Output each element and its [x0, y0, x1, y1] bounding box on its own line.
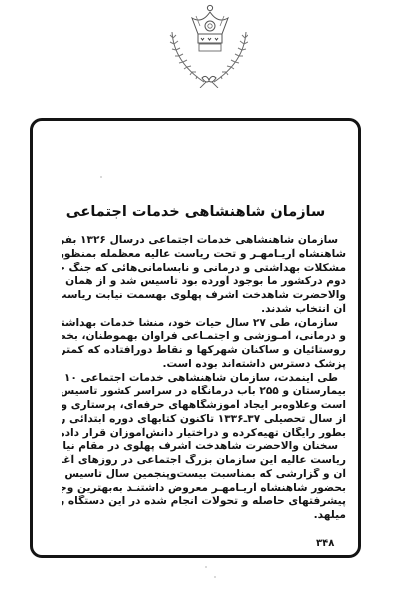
scan-speck [323, 340, 325, 342]
text-line: آن و گزارشی که بمناسبت بیست‌وپنجمین سال … [62, 468, 346, 482]
text-line: مشکلات بهداشتی و درمانی و نابسامانی‌هائی… [62, 262, 346, 276]
page-number: ۳۴۸ [316, 538, 334, 549]
text-line: سازمان شاهنشاهی خدمات اجتماعی درسال ۱۳۲۶… [62, 234, 346, 248]
text-line: ریاست عالیه این سازمان بزرگ اجتماعی در ر… [62, 454, 346, 468]
text-line: و درمانی، آمـوزشی و اجتمـاعی فراوان بهمو… [62, 330, 346, 344]
text-line: سخنان والاحضرت شاهدخت اشرف پهلوی در مقام… [62, 440, 346, 454]
text-line: روستائیان و ساکنان شهرکها و نقاط دورافتا… [62, 344, 346, 358]
text-line: طی اینمدت، سازمان شاهنشاهی خدمات اجتماعی… [62, 372, 346, 386]
text-line: دوم درکشور ما بوجود آورده بود تاسیس شد و… [62, 275, 346, 289]
scan-speck [100, 176, 102, 178]
text-line: بیمارستان و ۲۵۵ باب درمانگاه در سراسر کش… [62, 385, 346, 399]
text-line: شاهنشاه آریـامهـر و تحت ریاست عالیه معظم… [62, 248, 346, 262]
text-line: بطور رایگان تهیه‌کرده و دراختیار دانش‌آم… [62, 427, 346, 441]
text-line: والاحضرت شاهدخت اشرف پهلوی بهسمت نیابت ر… [62, 289, 346, 303]
page-title: سازمان شاهنشاهی خدمات اجتماعی [30, 204, 361, 220]
text-line: بحضور شاهنشاه آریـامهـر معروض داشتنـد به… [62, 482, 346, 496]
text-line: از سال تحصیلی ۳۷ـ۱۳۳۶ تاکنون کتابهای دور… [62, 413, 346, 427]
text-line: سازمان، طی ۲۷ سال حیات خود، منشا خدمات ب… [62, 317, 346, 331]
text-line: میلهد. [62, 509, 346, 523]
text-line: است وعلاوه‌بر ایجاد آموزشگاههای حرفه‌ای،… [62, 399, 346, 413]
body-text: سازمان شاهنشاهی خدمات اجتماعی درسال ۱۳۲۶… [62, 234, 346, 523]
scan-speck [205, 566, 207, 568]
crown-laurel-emblem-icon [168, 4, 248, 88]
text-line: آن انتخاب شدند. [62, 303, 346, 317]
scan-speck [214, 576, 216, 578]
text-line: پیشرفتهای حاصله و تحولات انجام شده در ای… [62, 495, 346, 509]
text-line: پزشک دسترس داشته‌اند بوده است. [62, 358, 346, 372]
